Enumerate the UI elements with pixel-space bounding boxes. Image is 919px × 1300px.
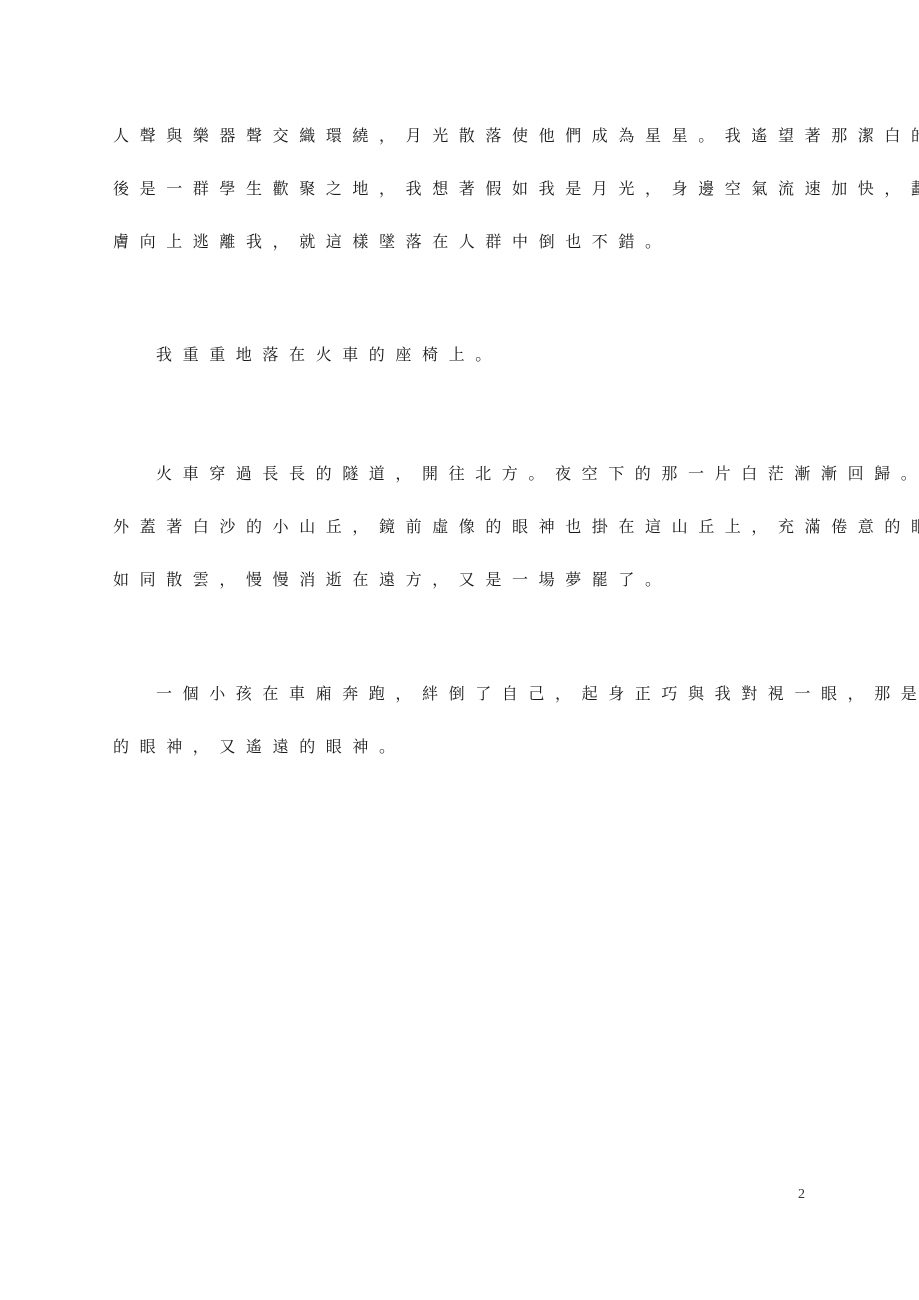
paragraph-line: 膚向上逃離我，就這樣墜落在人群中倒也不錯。 <box>113 232 672 252</box>
paragraph-line: 我重重地落在火車的座椅上。 <box>156 345 502 365</box>
paragraph-line: 火車穿過長長的隧道，開往北方。夜空下的那一片白茫漸漸回歸。我望著窗 <box>156 464 919 484</box>
paragraph-line: 如同散雲，慢慢消逝在遠方，又是一場夢罷了。 <box>113 570 672 590</box>
paragraph-line: 外蓋著白沙的小山丘，鏡前虛像的眼神也掛在這山丘上，充滿倦意的眼神，意識 <box>113 517 919 537</box>
document-page: 人聲與樂器聲交織環繞，月光散落使他們成為星星。我遙望著那潔白的月光，身 後是一群… <box>0 0 919 1300</box>
paragraph-line: 人聲與樂器聲交織環繞，月光散落使他們成為星星。我遙望著那潔白的月光，身 <box>113 126 919 146</box>
page-number: 2 <box>798 1187 805 1203</box>
paragraph-line: 後是一群學生歡聚之地，我想著假如我是月光，身邊空氣流速加快，劃過我的皮 <box>113 179 919 199</box>
paragraph-line: 的眼神，又遙遠的眼神。 <box>113 737 406 757</box>
paragraph-line: 一個小孩在車廂奔跑，絆倒了自己，起身正巧與我對視一眼，那是我既熟悉 <box>156 684 919 704</box>
